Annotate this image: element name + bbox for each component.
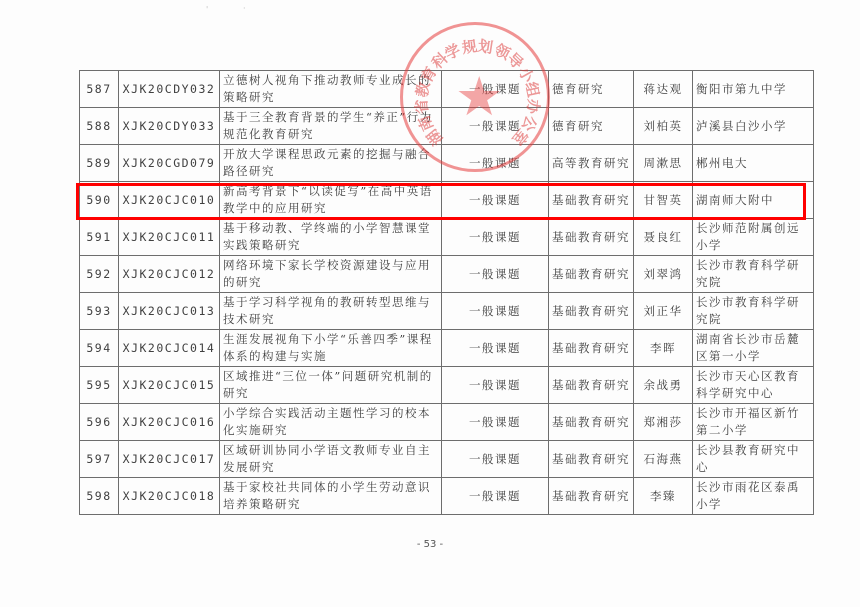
row-number: 587 [80,71,119,108]
project-leader: 李晖 [634,330,693,367]
project-code: XJK20CJC010 [119,182,220,219]
table-row: 591XJK20CJC011基于移动教、学终端的小学智慧课堂实践策略研究一般课题… [80,219,814,256]
work-unit: 湖南师大附中 [693,182,814,219]
project-type: 一般课题 [442,256,549,293]
project-code: XJK20CJC017 [119,441,220,478]
table-row: 595XJK20CJC015区域推进“三位一体”问题研究机制的研究一般课题基础教… [80,367,814,404]
row-number: 598 [80,478,119,515]
row-number: 588 [80,108,119,145]
row-number: 596 [80,404,119,441]
work-unit: 长沙县教育研究中心 [693,441,814,478]
project-table-body: 587XJK20CDY032立德树人视角下推动教师专业成长的策略研究一般课题德育… [80,71,814,515]
project-title: 立德树人视角下推动教师专业成长的策略研究 [220,71,442,108]
project-leader: 石海燕 [634,441,693,478]
project-type: 一般课题 [442,293,549,330]
project-type: 一般课题 [442,71,549,108]
project-leader: 刘柏英 [634,108,693,145]
project-type: 一般课题 [442,182,549,219]
project-title: 网络环境下家长学校资源建设与应用的研究 [220,256,442,293]
row-number: 597 [80,441,119,478]
work-unit: 郴州电大 [693,145,814,182]
research-field: 基础教育研究 [549,441,634,478]
row-number: 593 [80,293,119,330]
project-leader: 周漱思 [634,145,693,182]
row-number: 592 [80,256,119,293]
scan-speck: · [243,4,246,13]
document-page: ' · 587XJK20CDY032立德树人视角下推动教师专业成长的策略研究一般… [0,0,860,607]
project-leader: 余战勇 [634,367,693,404]
project-title: 小学综合实践活动主题性学习的校本化实施研究 [220,404,442,441]
project-code: XJK20CDY032 [119,71,220,108]
research-field: 高等教育研究 [549,145,634,182]
scan-speck: ' [206,5,208,14]
table-row: 587XJK20CDY032立德树人视角下推动教师专业成长的策略研究一般课题德育… [80,71,814,108]
research-field: 基础教育研究 [549,293,634,330]
table-row: 593XJK20CJC013基于学习科学视角的教研转型思维与技术研究一般课题基础… [80,293,814,330]
work-unit: 衡阳市第九中学 [693,71,814,108]
project-code: XJK20CJC015 [119,367,220,404]
project-type: 一般课题 [442,404,549,441]
project-title: 区域研训协同小学语文教师专业自主发展研究 [220,441,442,478]
project-leader: 蒋达观 [634,71,693,108]
row-number: 594 [80,330,119,367]
project-type: 一般课题 [442,478,549,515]
work-unit: 湖南省长沙市岳麓区第一小学 [693,330,814,367]
project-code: XJK20CJC016 [119,404,220,441]
project-title: 区域推进“三位一体”问题研究机制的研究 [220,367,442,404]
work-unit: 泸溪县白沙小学 [693,108,814,145]
table-row: 598XJK20CJC018基于家校社共同体的小学生劳动意识培养策略研究一般课题… [80,478,814,515]
work-unit: 长沙市雨花区泰禹小学 [693,478,814,515]
row-number: 590 [80,182,119,219]
table-row: 594XJK20CJC014生涯发展视角下小学“乐善四季”课程体系的构建与实施一… [80,330,814,367]
project-title: 基于移动教、学终端的小学智慧课堂实践策略研究 [220,219,442,256]
project-title: 基于家校社共同体的小学生劳动意识培养策略研究 [220,478,442,515]
table-row: 588XJK20CDY033基于三全教育背景的学生“养正”行为规范化教育研究一般… [80,108,814,145]
row-number: 589 [80,145,119,182]
row-number: 591 [80,219,119,256]
project-title: 基于三全教育背景的学生“养正”行为规范化教育研究 [220,108,442,145]
research-field: 基础教育研究 [549,219,634,256]
research-field: 基础教育研究 [549,256,634,293]
project-type: 一般课题 [442,219,549,256]
project-type: 一般课题 [442,441,549,478]
table-row: 592XJK20CJC012网络环境下家长学校资源建设与应用的研究一般课题基础教… [80,256,814,293]
project-code: XJK20CJC013 [119,293,220,330]
table-row-highlighted: 590XJK20CJC010新高考背景下“以读促写”在高中英语教学中的应用研究一… [80,182,814,219]
row-number: 595 [80,367,119,404]
research-field: 基础教育研究 [549,367,634,404]
project-leader: 郑湘莎 [634,404,693,441]
work-unit: 长沙市天心区教育科学研究中心 [693,367,814,404]
project-leader: 聂良红 [634,219,693,256]
project-code: XJK20CDY033 [119,108,220,145]
work-unit: 长沙师范附属创远小学 [693,219,814,256]
project-title: 生涯发展视角下小学“乐善四季”课程体系的构建与实施 [220,330,442,367]
project-table: 587XJK20CDY032立德树人视角下推动教师专业成长的策略研究一般课题德育… [79,70,814,515]
project-title: 开放大学课程思政元素的挖掘与融合路径研究 [220,145,442,182]
project-leader: 李臻 [634,478,693,515]
work-unit: 长沙市教育科学研究院 [693,256,814,293]
research-field: 基础教育研究 [549,182,634,219]
project-type: 一般课题 [442,108,549,145]
work-unit: 长沙市教育科学研究院 [693,293,814,330]
project-title: 基于学习科学视角的教研转型思维与技术研究 [220,293,442,330]
project-leader: 刘正华 [634,293,693,330]
table-row: 596XJK20CJC016小学综合实践活动主题性学习的校本化实施研究一般课题基… [80,404,814,441]
table-row: 597XJK20CJC017区域研训协同小学语文教师专业自主发展研究一般课题基础… [80,441,814,478]
project-code: XJK20CJC011 [119,219,220,256]
research-field: 德育研究 [549,108,634,145]
project-type: 一般课题 [442,145,549,182]
project-leader: 刘翠鸿 [634,256,693,293]
project-type: 一般课题 [442,330,549,367]
research-field: 基础教育研究 [549,404,634,441]
page-number: - 53 - [0,539,860,550]
project-code: XJK20CJC014 [119,330,220,367]
project-code: XJK20CJC012 [119,256,220,293]
project-code: XJK20CJC018 [119,478,220,515]
project-type: 一般课题 [442,367,549,404]
work-unit: 长沙市开福区新竹第二小学 [693,404,814,441]
project-title: 新高考背景下“以读促写”在高中英语教学中的应用研究 [220,182,442,219]
research-field: 德育研究 [549,71,634,108]
research-field: 基础教育研究 [549,478,634,515]
table-row: 589XJK20CGD079开放大学课程思政元素的挖掘与融合路径研究一般课题高等… [80,145,814,182]
project-code: XJK20CGD079 [119,145,220,182]
project-leader: 甘智英 [634,182,693,219]
research-field: 基础教育研究 [549,330,634,367]
